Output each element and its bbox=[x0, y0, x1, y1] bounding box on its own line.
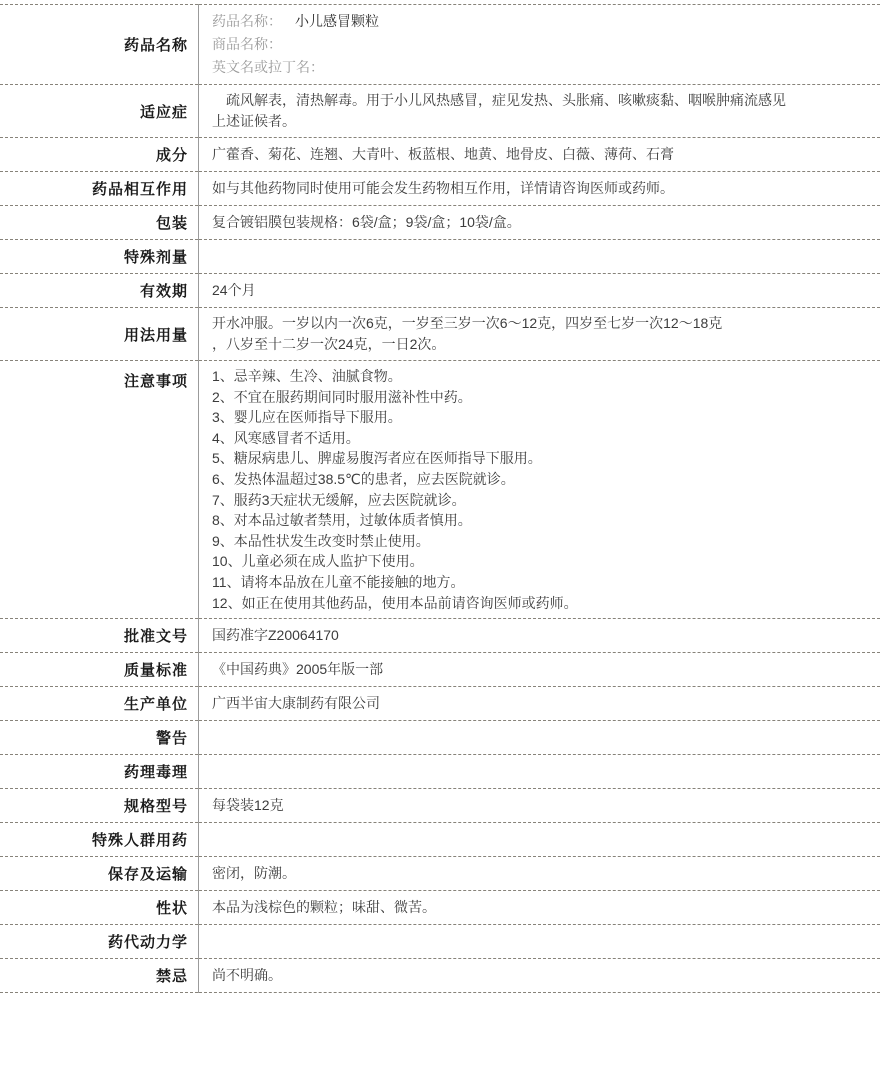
content-line: 12、如正在使用其他药品，使用本品前请咨询医师或药师。 bbox=[212, 593, 867, 614]
content-line: 9、本品性状发生改变时禁止使用。 bbox=[212, 531, 867, 552]
table-row-indications: 适应症 疏风解表，清热解毒。用于小儿风热感冒，症见发热、头胀痛、咳嗽痰黏、咽喉肿… bbox=[0, 85, 880, 138]
content-line: 8、对本品过敏者禁用，过敏体质者慎用。 bbox=[212, 510, 867, 531]
row-content-quality-standard: 《中国药典》2005年版一部 bbox=[199, 653, 880, 687]
content-line: 尚不明确。 bbox=[212, 965, 867, 986]
row-content-approval-number: 国药准字Z20064170 bbox=[199, 619, 880, 653]
table-row-quality-standard: 质量标准《中国药典》2005年版一部 bbox=[0, 653, 880, 687]
row-label-drug-name: 药品名称 bbox=[0, 5, 199, 85]
row-content-drug-name: 药品名称：小儿感冒颗粒商品名称：英文名或拉丁名： bbox=[199, 5, 880, 85]
content-line: 1、忌辛辣、生冷、油腻食物。 bbox=[212, 366, 867, 387]
content-line: 11、请将本品放在儿童不能接触的地方。 bbox=[212, 572, 867, 593]
row-content-warning bbox=[199, 721, 880, 755]
row-label-pharmacokinetics: 药代动力学 bbox=[0, 925, 199, 959]
row-content-storage-and-transport: 密闭，防潮。 bbox=[199, 857, 880, 891]
row-label-pharmacology-toxicology: 药理毒理 bbox=[0, 755, 199, 789]
table-row-contraindications: 禁忌尚不明确。 bbox=[0, 959, 880, 993]
row-label-contraindications: 禁忌 bbox=[0, 959, 199, 993]
row-label-dosage-and-usage: 用法用量 bbox=[0, 308, 199, 361]
table-row-special-populations: 特殊人群用药 bbox=[0, 823, 880, 857]
table-row-ingredients: 成分广藿香、菊花、连翘、大青叶、板蓝根、地黄、地骨皮、白薇、薄荷、石膏 bbox=[0, 138, 880, 172]
row-label-special-dosage: 特殊剂量 bbox=[0, 240, 199, 274]
field-value: 小儿感冒颗粒 bbox=[295, 13, 379, 29]
row-content-properties: 本品为浅棕色的颗粒；味甜、微苦。 bbox=[199, 891, 880, 925]
row-label-quality-standard: 质量标准 bbox=[0, 653, 199, 687]
content-line: 开水冲服。一岁以内一次6克，一岁至三岁一次6～12克，四岁至七岁一次12～18克 bbox=[212, 313, 867, 334]
content-line: 7、服药3天症状无缓解，应去医院就诊。 bbox=[212, 490, 867, 511]
row-label-special-populations: 特殊人群用药 bbox=[0, 823, 199, 857]
row-label-drug-interactions: 药品相互作用 bbox=[0, 172, 199, 206]
content-line: 疏风解表，清热解毒。用于小儿风热感冒，症见发热、头胀痛、咳嗽痰黏、咽喉肿痛流感见 bbox=[212, 90, 867, 111]
name-field-line: 药品名称：小儿感冒颗粒 bbox=[212, 10, 867, 33]
row-label-specification: 规格型号 bbox=[0, 789, 199, 823]
row-label-indications: 适应症 bbox=[0, 85, 199, 138]
row-label-properties: 性状 bbox=[0, 891, 199, 925]
table-row-storage-and-transport: 保存及运输密闭，防潮。 bbox=[0, 857, 880, 891]
table-row-pharmacokinetics: 药代动力学 bbox=[0, 925, 880, 959]
row-content-contraindications: 尚不明确。 bbox=[199, 959, 880, 993]
content-line: 《中国药典》2005年版一部 bbox=[212, 659, 867, 680]
content-line: 24个月 bbox=[212, 280, 867, 301]
drug-info-table: 药品名称药品名称：小儿感冒颗粒商品名称：英文名或拉丁名：适应症 疏风解表，清热解… bbox=[0, 4, 880, 993]
content-line: 上述证候者。 bbox=[212, 111, 867, 132]
table-row-packaging: 包装复合镀铝膜包装规格：6袋/盒；9袋/盒；10袋/盒。 bbox=[0, 206, 880, 240]
field-key: 英文名或拉丁名： bbox=[212, 59, 324, 75]
table-row-pharmacology-toxicology: 药理毒理 bbox=[0, 755, 880, 789]
row-content-shelf-life: 24个月 bbox=[199, 274, 880, 308]
row-content-specification: 每袋装12克 bbox=[199, 789, 880, 823]
row-content-indications: 疏风解表，清热解毒。用于小儿风热感冒，症见发热、头胀痛、咳嗽痰黏、咽喉肿痛流感见… bbox=[199, 85, 880, 138]
row-label-ingredients: 成分 bbox=[0, 138, 199, 172]
table-row-manufacturer: 生产单位广西半宙大康制药有限公司 bbox=[0, 687, 880, 721]
row-label-approval-number: 批准文号 bbox=[0, 619, 199, 653]
table-row-drug-name: 药品名称药品名称：小儿感冒颗粒商品名称：英文名或拉丁名： bbox=[0, 5, 880, 85]
row-content-pharmacology-toxicology bbox=[199, 755, 880, 789]
table-row-dosage-and-usage: 用法用量开水冲服。一岁以内一次6克，一岁至三岁一次6～12克，四岁至七岁一次12… bbox=[0, 308, 880, 361]
row-label-packaging: 包装 bbox=[0, 206, 199, 240]
drug-info-table-body: 药品名称药品名称：小儿感冒颗粒商品名称：英文名或拉丁名：适应症 疏风解表，清热解… bbox=[0, 5, 880, 993]
table-row-properties: 性状本品为浅棕色的颗粒；味甜、微苦。 bbox=[0, 891, 880, 925]
content-line: 如与其他药物同时使用可能会发生药物相互作用，详情请咨询医师或药师。 bbox=[212, 178, 867, 199]
content-line: ，八岁至十二岁一次24克，一日2次。 bbox=[212, 334, 867, 355]
table-row-warning: 警告 bbox=[0, 721, 880, 755]
table-row-drug-interactions: 药品相互作用如与其他药物同时使用可能会发生药物相互作用，详情请咨询医师或药师。 bbox=[0, 172, 880, 206]
content-line: 本品为浅棕色的颗粒；味甜、微苦。 bbox=[212, 897, 867, 918]
row-content-precautions: 1、忌辛辣、生冷、油腻食物。2、不宜在服药期间同时服用滋补性中药。3、婴儿应在医… bbox=[199, 361, 880, 619]
content-line: 广藿香、菊花、连翘、大青叶、板蓝根、地黄、地骨皮、白薇、薄荷、石膏 bbox=[212, 144, 867, 165]
row-label-storage-and-transport: 保存及运输 bbox=[0, 857, 199, 891]
content-line: 每袋装12克 bbox=[212, 795, 867, 816]
field-key: 药品名称： bbox=[212, 13, 282, 29]
content-line: 复合镀铝膜包装规格：6袋/盒；9袋/盒；10袋/盒。 bbox=[212, 212, 867, 233]
row-content-special-populations bbox=[199, 823, 880, 857]
row-content-ingredients: 广藿香、菊花、连翘、大青叶、板蓝根、地黄、地骨皮、白薇、薄荷、石膏 bbox=[199, 138, 880, 172]
content-line: 10、儿童必须在成人监护下使用。 bbox=[212, 551, 867, 572]
content-line: 3、婴儿应在医师指导下服用。 bbox=[212, 407, 867, 428]
row-label-manufacturer: 生产单位 bbox=[0, 687, 199, 721]
field-key: 商品名称： bbox=[212, 36, 282, 52]
name-field-line: 英文名或拉丁名： bbox=[212, 56, 867, 79]
row-content-packaging: 复合镀铝膜包装规格：6袋/盒；9袋/盒；10袋/盒。 bbox=[199, 206, 880, 240]
table-row-special-dosage: 特殊剂量 bbox=[0, 240, 880, 274]
content-line: 6、发热体温超过38.5℃的患者，应去医院就诊。 bbox=[212, 469, 867, 490]
table-row-approval-number: 批准文号国药准字Z20064170 bbox=[0, 619, 880, 653]
content-line: 密闭，防潮。 bbox=[212, 863, 867, 884]
row-label-shelf-life: 有效期 bbox=[0, 274, 199, 308]
content-line: 5、糖尿病患儿、脾虚易腹泻者应在医师指导下服用。 bbox=[212, 448, 867, 469]
row-content-dosage-and-usage: 开水冲服。一岁以内一次6克，一岁至三岁一次6～12克，四岁至七岁一次12～18克… bbox=[199, 308, 880, 361]
row-label-precautions: 注意事项 bbox=[0, 361, 199, 619]
content-line: 广西半宙大康制药有限公司 bbox=[212, 693, 867, 714]
table-row-shelf-life: 有效期24个月 bbox=[0, 274, 880, 308]
row-content-special-dosage bbox=[199, 240, 880, 274]
row-content-drug-interactions: 如与其他药物同时使用可能会发生药物相互作用，详情请咨询医师或药师。 bbox=[199, 172, 880, 206]
row-content-pharmacokinetics bbox=[199, 925, 880, 959]
content-line: 2、不宜在服药期间同时服用滋补性中药。 bbox=[212, 387, 867, 408]
row-label-warning: 警告 bbox=[0, 721, 199, 755]
row-content-manufacturer: 广西半宙大康制药有限公司 bbox=[199, 687, 880, 721]
name-field-line: 商品名称： bbox=[212, 33, 867, 56]
content-line: 国药准字Z20064170 bbox=[212, 625, 867, 646]
table-row-precautions: 注意事项1、忌辛辣、生冷、油腻食物。2、不宜在服药期间同时服用滋补性中药。3、婴… bbox=[0, 361, 880, 619]
table-row-specification: 规格型号每袋装12克 bbox=[0, 789, 880, 823]
content-line: 4、风寒感冒者不适用。 bbox=[212, 428, 867, 449]
